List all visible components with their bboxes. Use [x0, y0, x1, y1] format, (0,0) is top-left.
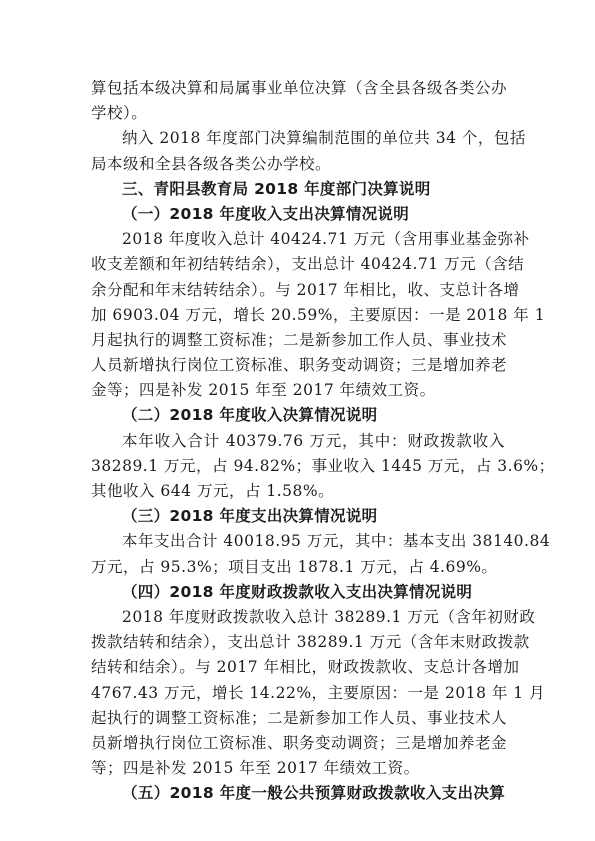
subsection-heading-2: （二）2018 年度收入决算情况说明 [91, 403, 505, 428]
body-line: 人员新增执行岗位工资标准、职务变动调资；三是增加养老 [91, 353, 505, 378]
body-line: 加 6903.04 万元，增长 20.59%，主要原因：一是 2018 年 1 [91, 303, 505, 328]
body-line: 余分配和年末结转结余）。与 2017 年相比，收、支总计各增 [91, 278, 505, 303]
body-line: 本年收入合计 40379.76 万元，其中：财政拨款收入 [91, 429, 505, 454]
body-line: 4767.43 万元，增长 14.22%，主要原因：一是 2018 年 1 月 [91, 681, 505, 706]
body-line: 等；四是补发 2015 年至 2017 年绩效工资。 [91, 756, 505, 781]
body-line: 本年支出合计 40018.95 万元，其中：基本支出 38140.84 [91, 529, 505, 554]
subsection-heading-5: （五）2018 年度一般公共预算财政拨款收入支出决算 [91, 781, 505, 806]
body-line: 起执行的调整工资标准；二是新参加工作人员、事业技术人 [91, 706, 505, 731]
subsection-heading-3: （三）2018 年度支出决算情况说明 [91, 504, 505, 529]
body-line: 纳入 2018 年度部门决算编制范围的单位共 34 个，包括 [91, 126, 505, 151]
subsection-heading-1: （一）2018 年度收入支出决算情况说明 [91, 202, 505, 227]
body-line: 2018 年度收入总计 40424.71 万元（含用事业基金弥补 [91, 227, 505, 252]
subsection-heading-4: （四）2018 年度财政拨款收入支出决算情况说明 [91, 580, 505, 605]
body-line: 万元，占 95.3%；项目支出 1878.1 万元，占 4.69%。 [91, 555, 505, 580]
body-line: 38289.1 万元，占 94.82%；事业收入 1445 万元，占 3.6%； [91, 454, 505, 479]
body-line: 其他收入 644 万元，占 1.58%。 [91, 479, 505, 504]
body-line: 员新增执行岗位工资标准、职务变动调资；三是增加养老金 [91, 731, 505, 756]
body-line: 2018 年度财政拨款收入总计 38289.1 万元（含年初财政 [91, 605, 505, 630]
body-line: 算包括本级决算和局属事业单位决算（含全县各级各类公办 [91, 76, 505, 101]
body-line: 局本级和全县各级各类公办学校。 [91, 152, 505, 177]
body-line: 收支差额和年初结转结余），支出总计 40424.71 万元（含结 [91, 252, 505, 277]
body-line: 学校）。 [91, 101, 505, 126]
body-line: 拨款结转和结余），支出总计 38289.1 万元（含年末财政拨款 [91, 630, 505, 655]
body-line: 结转和结余）。与 2017 年相比，财政拨款收、支总计各增加 [91, 655, 505, 680]
section-heading: 三、青阳县教育局 2018 年度部门决算说明 [91, 177, 505, 202]
body-line: 月起执行的调整工资标准；二是新参加工作人员、事业技术 [91, 328, 505, 353]
body-line: 金等；四是补发 2015 年至 2017 年绩效工资。 [91, 378, 505, 403]
document-page: 算包括本级决算和局属事业单位决算（含全县各级各类公办 学校）。 纳入 2018 … [91, 76, 505, 806]
